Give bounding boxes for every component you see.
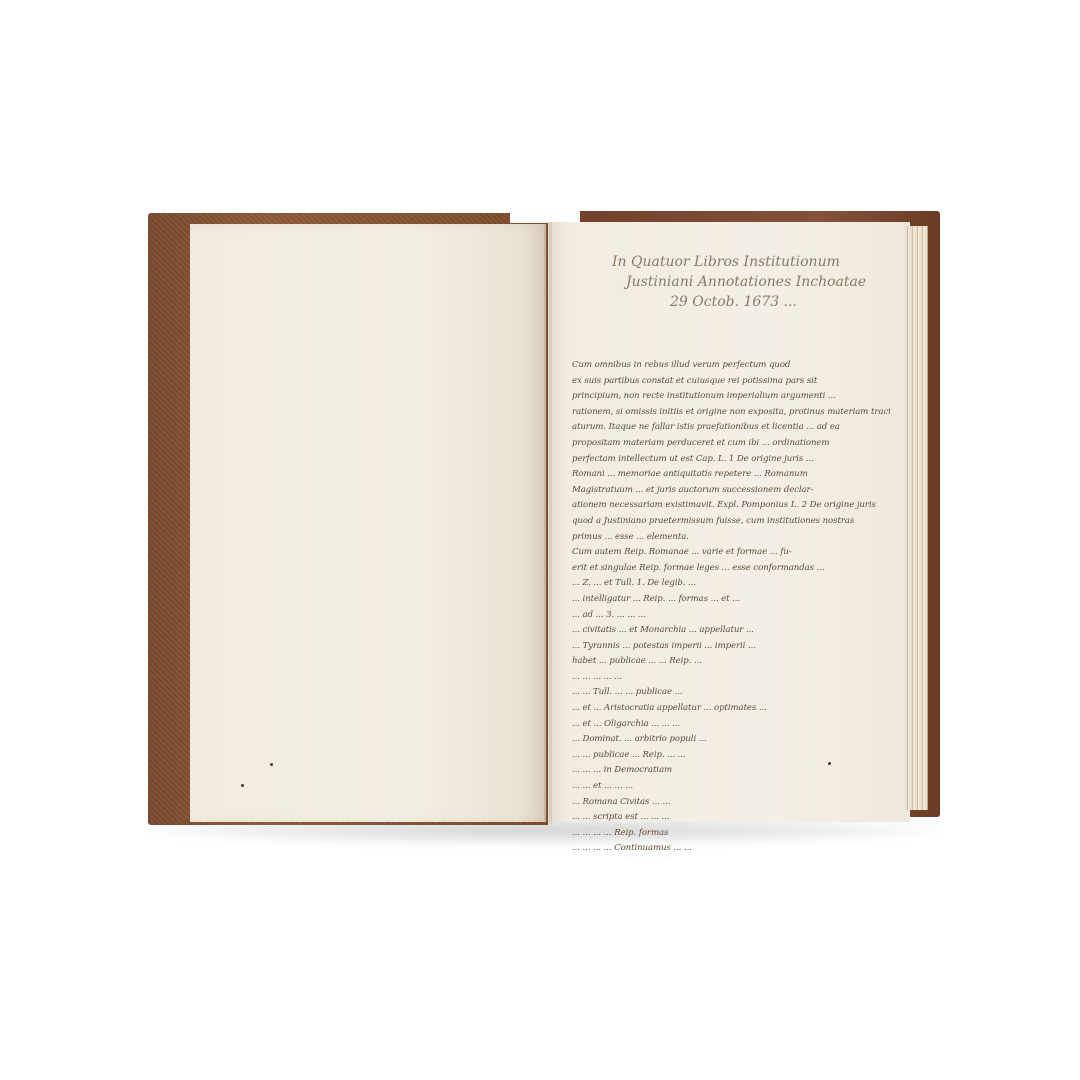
text-line: ... civitatis ... et Monarchia ... appel…: [572, 623, 890, 639]
text-line: ... ... Tull. ... ... publicae ...: [572, 685, 890, 701]
text-line: aturum. Itaque ne fallar istis praefatio…: [572, 420, 890, 436]
heading-line: 29 Octob. 1673 ...: [612, 292, 902, 312]
ink-spot: [828, 762, 831, 765]
text-line: Cum omnibus in rebus illud verum perfect…: [572, 358, 890, 374]
text-line: ex suis partibus constat et cuiusque rei…: [572, 374, 890, 390]
text-line: ... Z. ... et Tull. 1. De legib. ...: [572, 576, 890, 592]
text-line: ... Romana Civitas ... ...: [572, 795, 890, 811]
text-line: ationem necessariam existimavit. Expl. P…: [572, 498, 890, 514]
left-page-blank: [190, 224, 546, 822]
manuscript-heading: In Quatuor Libros Institutionum Justinia…: [612, 252, 902, 312]
text-line: ... Dominat. ... arbitrio populi ...: [572, 732, 890, 748]
text-line: quod a Justiniano praetermissum fuisse, …: [572, 514, 890, 530]
spine-damage: [510, 205, 580, 223]
text-line: ... ... ... in Democratiam: [572, 763, 890, 779]
heading-line: Justiniani Annotationes Inchoatae: [612, 272, 902, 292]
ink-spot: [241, 784, 244, 787]
page-edges: [905, 226, 928, 810]
text-line: propositam materiam perduceret et cum ib…: [572, 436, 890, 452]
book-gutter: [544, 222, 552, 824]
text-line: erit et singulae Reip. formae leges ... …: [572, 561, 890, 577]
ink-spot: [270, 763, 273, 766]
text-line: ... ... et ... ... ...: [572, 779, 890, 795]
text-line: ... ... ... ... ...: [572, 670, 890, 686]
text-line: Romani ... memoriae antiquitatis repeter…: [572, 467, 890, 483]
text-line: ... ... scripta est ... ... ...: [572, 810, 890, 826]
manuscript-body: Cum omnibus in rebus illud verum perfect…: [572, 358, 890, 857]
text-line: ... ... ... ... Reip. formas: [572, 826, 890, 842]
text-line: Cum autem Reip. Romanae ... varie et for…: [572, 545, 890, 561]
heading-line: In Quatuor Libros Institutionum: [612, 252, 902, 272]
text-line: perfectam intellectum ut est Cap. L. 1 D…: [572, 452, 890, 468]
text-line: rationem, si omissis initiis et origine …: [572, 405, 890, 421]
text-line: Magistratuum ... et juris auctorum succe…: [572, 483, 890, 499]
text-line: ... ad ... 3. ... ... ...: [572, 608, 890, 624]
text-line: ... et ... Oligarchia ... ... ...: [572, 717, 890, 733]
text-line: ... ... ... ... Continuamus ... ...: [572, 841, 890, 857]
text-line: ... intelligatur ... Reip. ... formas ..…: [572, 592, 890, 608]
text-line: ... ... publicae ... Reip. ... ...: [572, 748, 890, 764]
text-line: ... Tyrannis ... potestas imperii ... im…: [572, 639, 890, 655]
text-line: ... et ... Aristocratia appellatur ... o…: [572, 701, 890, 717]
text-line: principium, non recte institutionum impe…: [572, 389, 890, 405]
text-line: habet ... publicae ... ... Reip. ...: [572, 654, 890, 670]
photo-scene: In Quatuor Libros Institutionum Justinia…: [0, 0, 1080, 1080]
text-line: primus ... esse ... elementa.: [572, 530, 890, 546]
